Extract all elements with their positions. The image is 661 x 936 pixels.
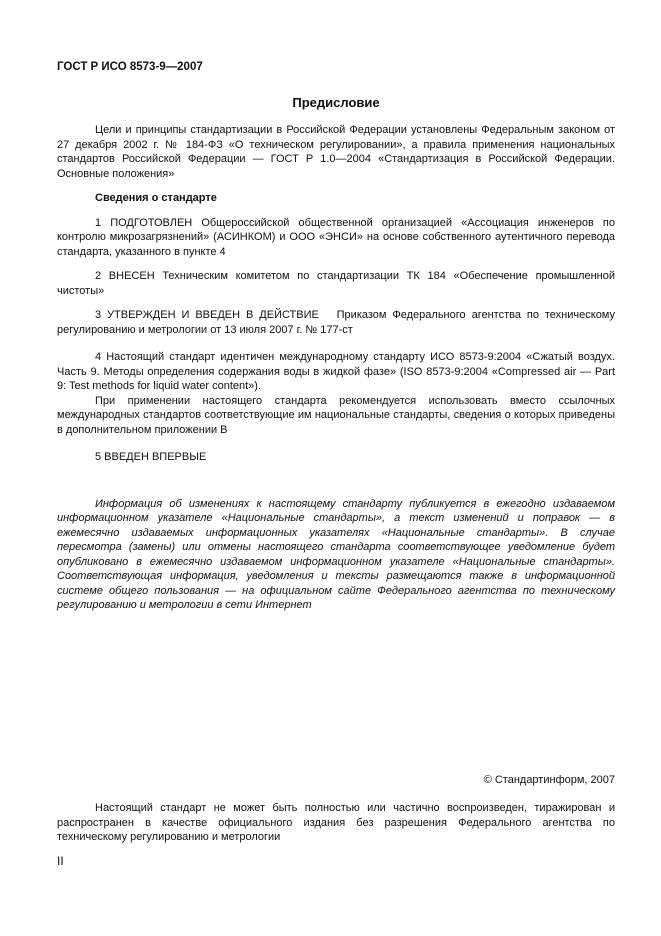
document-page: ГОСТ Р ИСО 8573-9—2007 Предисловие Цели … [0,0,661,936]
standard-info-item-2: 2 ВНЕСЕН Техническим комитетом по станда… [57,269,615,298]
page-title: Предисловие [57,96,615,111]
copyright-line: © Стандартинформ, 2007 [57,773,615,788]
intro-paragraph: Цели и принципы стандартизации в Российс… [57,123,615,181]
standard-info-item-3: 3 УТВЕРЖДЕН И ВВЕДЕН В ДЕЙСТВИЕ Приказом… [57,308,615,337]
changes-information-note: Информация об изменениях к настоящему ст… [57,497,615,613]
standard-info-item-4-continued: При применении настоящего стандарта реко… [57,394,615,438]
reproduction-restriction: Настоящий стандарт не может быть полност… [57,801,615,845]
standard-info-item-1: 1 ПОДГОТОВЛЕН Общероссийской общественно… [57,216,615,260]
page-number: II [57,854,615,869]
standard-info-item-5: 5 ВВЕДЕН ВПЕРВЫЕ [57,450,615,465]
section-heading: Сведения о стандарте [57,191,615,206]
standard-info-item-4: 4 Настоящий стандарт идентичен междунаро… [57,350,615,394]
document-code: ГОСТ Р ИСО 8573-9—2007 [57,60,615,75]
